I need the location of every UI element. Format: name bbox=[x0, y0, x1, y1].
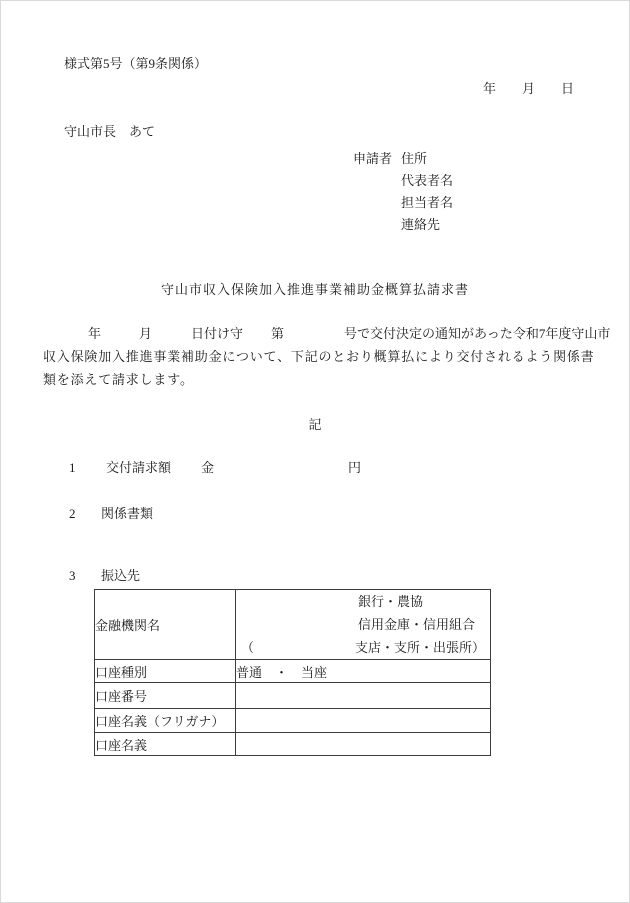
body-line1-day: 日付け守 bbox=[191, 326, 243, 342]
form-number: 様式第5号（第9条関係） bbox=[64, 56, 207, 72]
item-3-number: 3 bbox=[69, 568, 76, 584]
date-line: 年 月 日 bbox=[483, 81, 574, 97]
branch-open-paren: （ bbox=[241, 636, 254, 659]
body-line2: 収入保険加入推進事業補助金について、下記のとおり概算払により交付されるよう関係書 bbox=[43, 349, 594, 365]
account-holder-kana-label: 口座名義（フリガナ） bbox=[95, 709, 236, 733]
body-line1-month: 月 bbox=[139, 326, 152, 342]
amount-suffix-yen: 円 bbox=[348, 460, 361, 476]
bank-option-line1: 銀行・農協 bbox=[236, 590, 490, 613]
item-2-number: 2 bbox=[69, 506, 76, 522]
financial-institution-value-cell: 銀行・農協 信用金庫・信用組合 （ 支店・支所・出張所） bbox=[236, 590, 491, 660]
section-marker: 記 bbox=[1, 414, 629, 433]
applicant-field-address: 住所 bbox=[401, 151, 427, 167]
body-line1-year: 年 bbox=[88, 326, 101, 342]
amount-prefix-kin: 金 bbox=[201, 460, 214, 476]
account-holder-value-cell bbox=[236, 733, 491, 756]
financial-institution-label: 金融機関名 bbox=[95, 590, 236, 660]
table-row-account-holder: 口座名義 bbox=[95, 733, 491, 756]
body-line1-tail: 号で交付決定の通知があった令和7年度守山市 bbox=[344, 326, 610, 342]
document-title: 守山市収入保険加入推進事業補助金概算払請求書 bbox=[1, 279, 629, 298]
account-type-label: 口座種別 bbox=[95, 660, 236, 683]
branch-options: 支店・支所・出張所） bbox=[355, 636, 485, 659]
document-page: 様式第5号（第9条関係） 年 月 日 守山市長 あて 申請者 住所 代表者名 担… bbox=[0, 0, 630, 903]
applicant-label: 申請者 bbox=[353, 151, 392, 167]
addressee: 守山市長 あて bbox=[64, 124, 155, 140]
table-row-financial-institution: 金融機関名 銀行・農協 信用金庫・信用組合 （ 支店・支所・出張所） bbox=[95, 590, 491, 660]
table-row-account-type: 口座種別 普通 ・ 当座 bbox=[95, 660, 491, 683]
item-1-number: 1 bbox=[69, 460, 76, 476]
applicant-field-contact-person: 担当者名 bbox=[401, 195, 453, 211]
branch-option-line: （ 支店・支所・出張所） bbox=[236, 636, 490, 659]
account-number-value-cell bbox=[236, 683, 491, 709]
item-1-label: 交付請求額 bbox=[106, 460, 171, 476]
item-3-label: 振込先 bbox=[101, 568, 140, 584]
table-row-account-number: 口座番号 bbox=[95, 683, 491, 709]
account-type-options: 普通 ・ 当座 bbox=[236, 660, 491, 683]
account-number-label: 口座番号 bbox=[95, 683, 236, 709]
body-line1-dai: 第 bbox=[271, 326, 284, 342]
applicant-field-contact-info: 連絡先 bbox=[401, 217, 440, 233]
account-holder-kana-value-cell bbox=[236, 709, 491, 733]
body-line3: 類を添えて請求します。 bbox=[43, 372, 194, 388]
bank-option-line2: 信用金庫・信用組合 bbox=[236, 613, 490, 636]
account-holder-label: 口座名義 bbox=[95, 733, 236, 756]
item-2-label: 関係書類 bbox=[101, 506, 153, 522]
applicant-field-representative: 代表者名 bbox=[401, 173, 453, 189]
table-row-account-holder-kana: 口座名義（フリガナ） bbox=[95, 709, 491, 733]
bank-transfer-table: 金融機関名 銀行・農協 信用金庫・信用組合 （ 支店・支所・出張所） 口座種別 … bbox=[94, 589, 491, 756]
